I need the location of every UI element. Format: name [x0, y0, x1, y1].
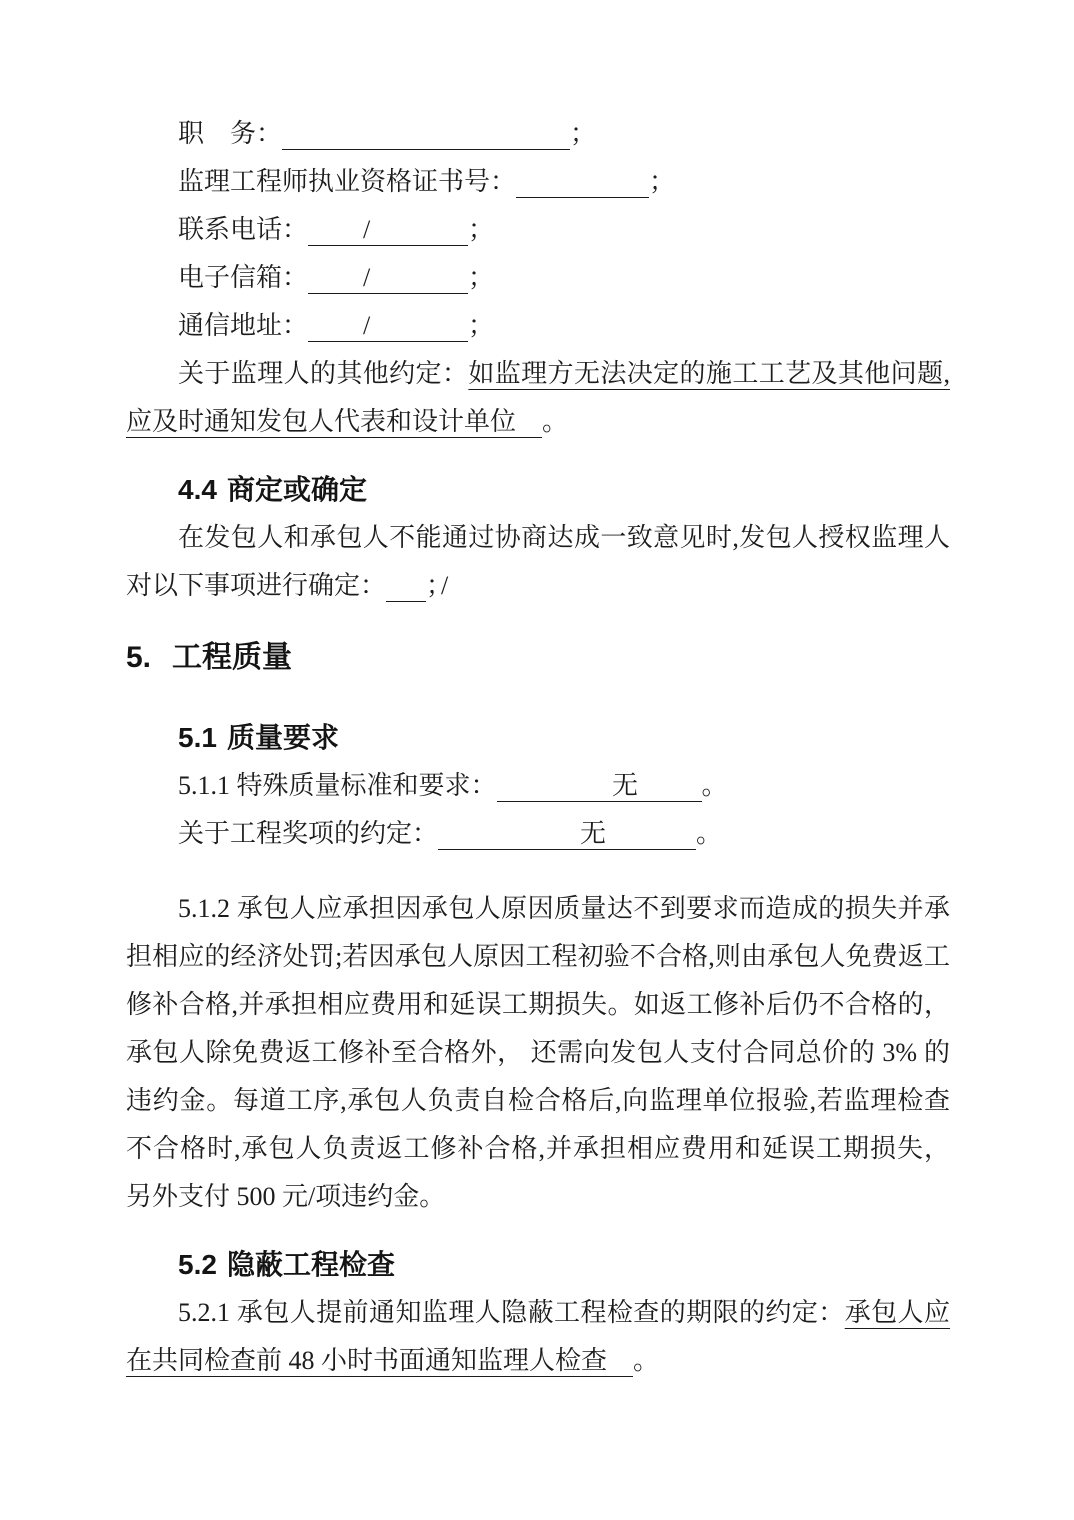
award-agreement-line: 关于工程奖项的约定：无。 [126, 810, 950, 858]
form-line-duty: 职 务：； [126, 110, 950, 158]
duty-label: 职 务： [178, 119, 282, 148]
supervisor-other-suffix: 。 [542, 407, 568, 436]
address-label: 通信地址： [178, 311, 308, 340]
address-blank[interactable]: / [308, 311, 468, 342]
supervisor-other-label: 关于监理人的其他约定： [178, 359, 468, 388]
duty-value [334, 119, 337, 148]
address-suffix: ； [468, 311, 494, 340]
clause-5-2-1-suffix: 。 [633, 1346, 659, 1375]
clause-4-4-body: 在发包人和承包人不能通过协商达成一致意见时,发包人授权监理人对以下事项进行确定：… [126, 514, 950, 610]
form-line-license-no: 监理工程师执业资格证书号：； [126, 158, 950, 206]
heading-5-2-title: 隐蔽工程检查 [227, 1249, 395, 1280]
heading-4-4-number: 4.4 [178, 474, 217, 505]
heading-4-4: 4.4商定或确定 [126, 466, 950, 514]
heading-4-4-title: 商定或确定 [227, 474, 367, 505]
email-label: 电子信箱： [178, 263, 308, 292]
contract-content: 职 务：； 监理工程师执业资格证书号：； 联系电话：/； 电子信箱：/； 通信地… [0, 0, 1074, 1385]
address-value: / [360, 311, 370, 340]
clause-4-4-suffix: ； [426, 571, 452, 600]
phone-label: 联系电话： [178, 215, 308, 244]
form-line-address: 通信地址：/； [126, 302, 950, 350]
phone-suffix: ； [468, 215, 494, 244]
contract-page: 职 务：； 监理工程师执业资格证书号：； 联系电话：/； 电子信箱：/； 通信地… [0, 0, 1074, 1520]
clause-5-1-2-text: 5.1.2 承包人应承担因承包人原因质量达不到要求而造成的损失并承担相应的经济处… [126, 894, 950, 1211]
license-no-label: 监理工程师执业资格证书号： [178, 167, 516, 196]
phone-value: / [360, 215, 370, 244]
clause-5-2-1: 5.2.1 承包人提前通知监理人隐蔽工程检查的期限的约定：承包人应在共同检查前 … [126, 1289, 950, 1385]
license-no-value [568, 167, 571, 196]
clause-5-1-2: 5.1.2 承包人应承担因承包人原因质量达不到要求而造成的损失并承担相应的经济处… [126, 885, 950, 1221]
license-no-suffix: ； [649, 167, 675, 196]
heading-5-1-title: 质量要求 [227, 722, 339, 753]
duty-blank[interactable] [282, 119, 570, 150]
heading-5: 5.工程质量 [126, 630, 950, 686]
heading-5-1: 5.1质量要求 [126, 714, 950, 762]
heading-5-2: 5.2隐蔽工程检查 [126, 1241, 950, 1289]
email-value: / [360, 263, 370, 292]
heading-5-number: 5. [126, 641, 151, 674]
form-line-phone: 联系电话：/； [126, 206, 950, 254]
clause-5-1-1: 5.1.1 特殊质量标准和要求：无。 [126, 762, 950, 810]
clause-4-4-text: 在发包人和承包人不能通过协商达成一致意见时,发包人授权监理人对以下事项进行确定： [126, 523, 950, 600]
special-quality-value: 无 [612, 771, 638, 800]
clause-5-1-1-suffix: 。 [702, 771, 728, 800]
award-value: 无 [580, 819, 606, 848]
award-blank[interactable]: 无 [438, 819, 696, 850]
award-suffix: 。 [696, 819, 722, 848]
award-label: 关于工程奖项的约定： [178, 819, 438, 848]
heading-5-1-number: 5.1 [178, 722, 217, 753]
phone-blank[interactable]: / [308, 215, 468, 246]
clause-5-1-1-label: 5.1.1 特殊质量标准和要求： [178, 771, 497, 800]
form-line-email: 电子信箱：/； [126, 254, 950, 302]
special-quality-blank[interactable]: 无 [497, 771, 702, 802]
license-no-blank[interactable] [516, 167, 649, 198]
heading-5-2-number: 5.2 [178, 1249, 217, 1280]
email-blank[interactable]: / [308, 263, 468, 294]
determination-blank[interactable]: / [386, 571, 426, 602]
heading-5-title: 工程质量 [172, 641, 292, 674]
supervisor-other-agreement: 关于监理人的其他约定：如监理方无法决定的施工工艺及其他问题,应及时通知发包人代表… [126, 350, 950, 446]
clause-5-2-1-label: 5.2.1 承包人提前通知监理人隐蔽工程检查的期限的约定： [178, 1298, 845, 1327]
email-suffix: ； [468, 263, 494, 292]
duty-suffix: ； [570, 119, 596, 148]
